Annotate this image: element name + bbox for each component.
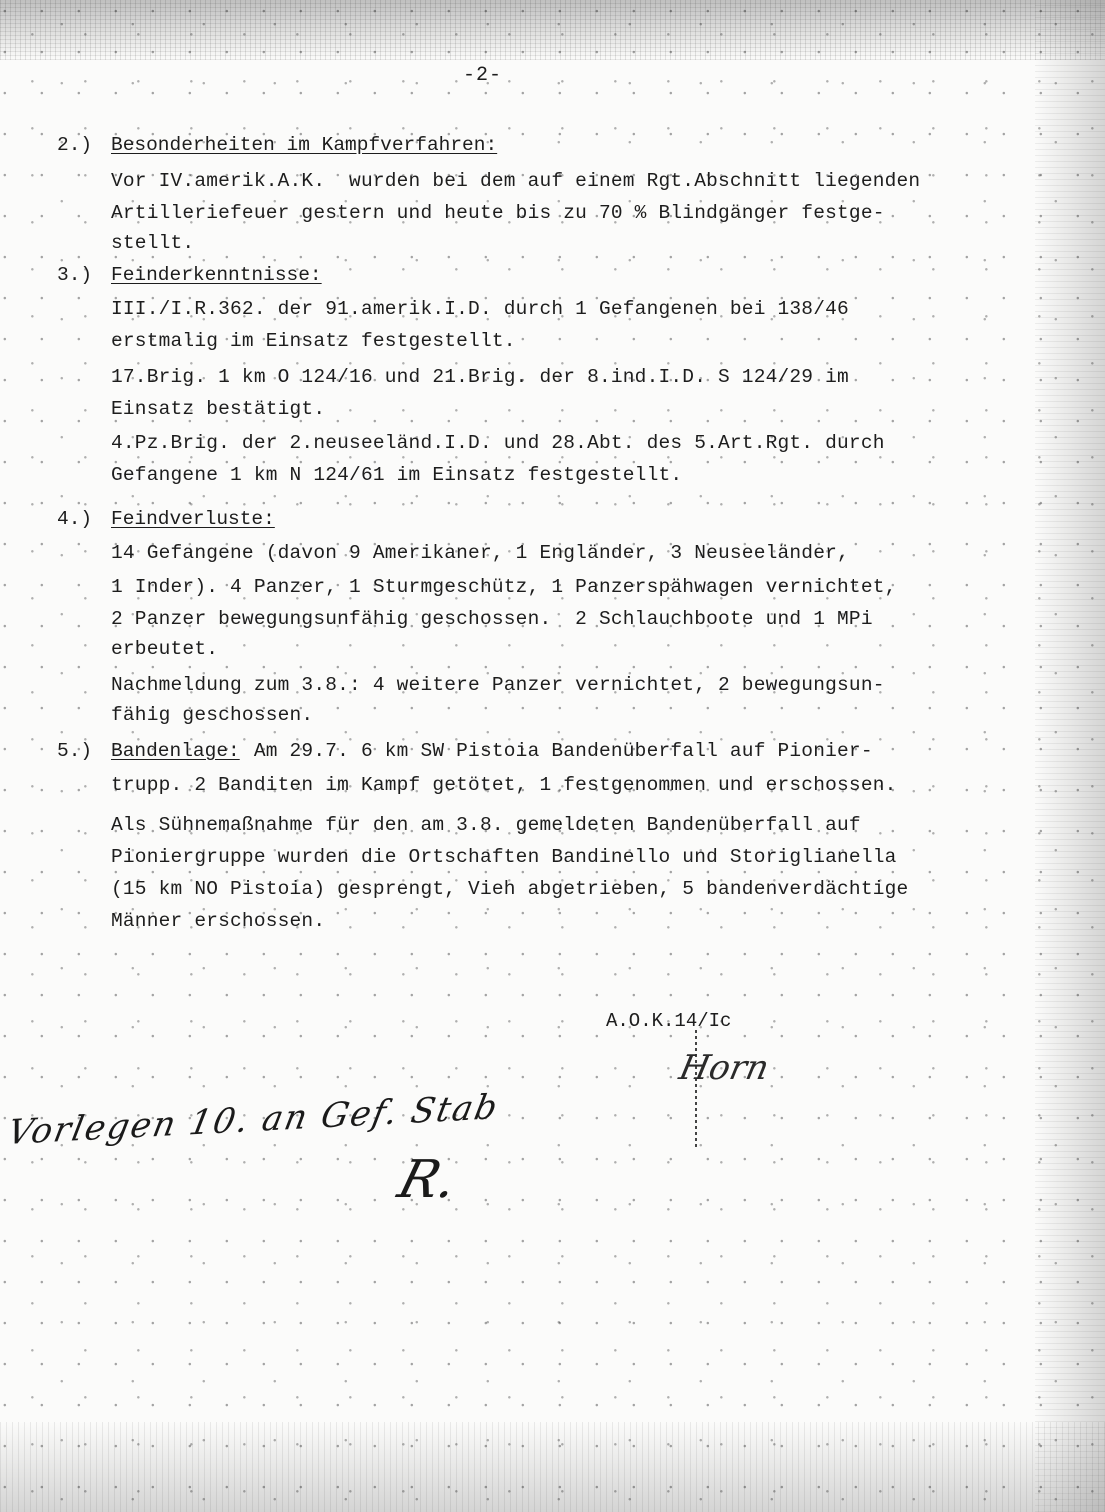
text-line: 17.Brig. 1 km O 124/16 und 21.Brig. der …: [111, 366, 849, 388]
section-number: 2.): [57, 134, 92, 156]
text-line: Nachmeldung zum 3.8.: 4 weitere Panzer v…: [111, 674, 885, 696]
text-line: (15 km NO Pistoia) gesprengt, Vieh abget…: [111, 878, 908, 900]
text-line: 4.Pz.Brig. der 2.neuseeländ.I.D. und 28.…: [111, 432, 885, 454]
signature: Horn: [676, 1048, 773, 1088]
text-line: Am 29.7. 6 km SW Pistoia Bandenüberfall …: [111, 740, 873, 762]
text-line: fähig geschossen.: [111, 704, 313, 726]
section-heading: Feinderkenntnisse:: [111, 264, 322, 286]
text-line: trupp. 2 Banditen im Kampf getötet, 1 fe…: [111, 774, 897, 796]
text-line: 14 Gefangene (davon 9 Amerikaner, 1 Engl…: [111, 542, 849, 564]
text-line: erbeutet.: [111, 638, 218, 660]
text-line: erstmalig im Einsatz festgestellt.: [111, 330, 516, 352]
text-line: III./I.R.362. der 91.amerik.I.D. durch 1…: [111, 298, 849, 320]
text-line: Einsatz bestätigt.: [111, 398, 325, 420]
text-line: Gefangene 1 km N 124/61 im Einsatz festg…: [111, 464, 682, 486]
office-designation: A.O.K.14/Ic: [606, 1010, 731, 1032]
text-line: Artilleriefeuer gestern und heute bis zu…: [111, 202, 885, 224]
handwritten-note: Vorlegen 10. an Gef. Stab: [4, 1087, 502, 1153]
text-line: Vor IV.amerik.A.K. wurden bei dem auf ei…: [111, 170, 920, 192]
section-heading: Besonderheiten im Kampfverfahren:: [111, 134, 497, 156]
text-line: Männer erschossen.: [111, 910, 325, 932]
section-number: 3.): [57, 264, 92, 286]
text-line: Pioniergruppe wurden die Ortschaften Ban…: [111, 846, 897, 868]
section-number: 4.): [57, 508, 92, 530]
section-heading: Feindverluste:: [111, 508, 275, 530]
text-line: stellt.: [111, 232, 194, 254]
page-number: -2-: [0, 64, 965, 87]
scan-noise-bottom: [0, 1422, 1105, 1512]
text-line: 1 Inder). 4 Panzer, 1 Sturmgeschütz, 1 P…: [111, 576, 897, 598]
text-line: 2 Panzer bewegungsunfähig geschossen. 2 …: [111, 608, 873, 630]
handwritten-initials: R.: [392, 1150, 464, 1210]
text-line: Als Sühnemaßnahme für den am 3.8. gemeld…: [111, 814, 861, 836]
section-number: 5.): [57, 740, 92, 762]
scan-noise-right: [1035, 0, 1105, 1512]
scan-noise-top: [0, 0, 1105, 60]
